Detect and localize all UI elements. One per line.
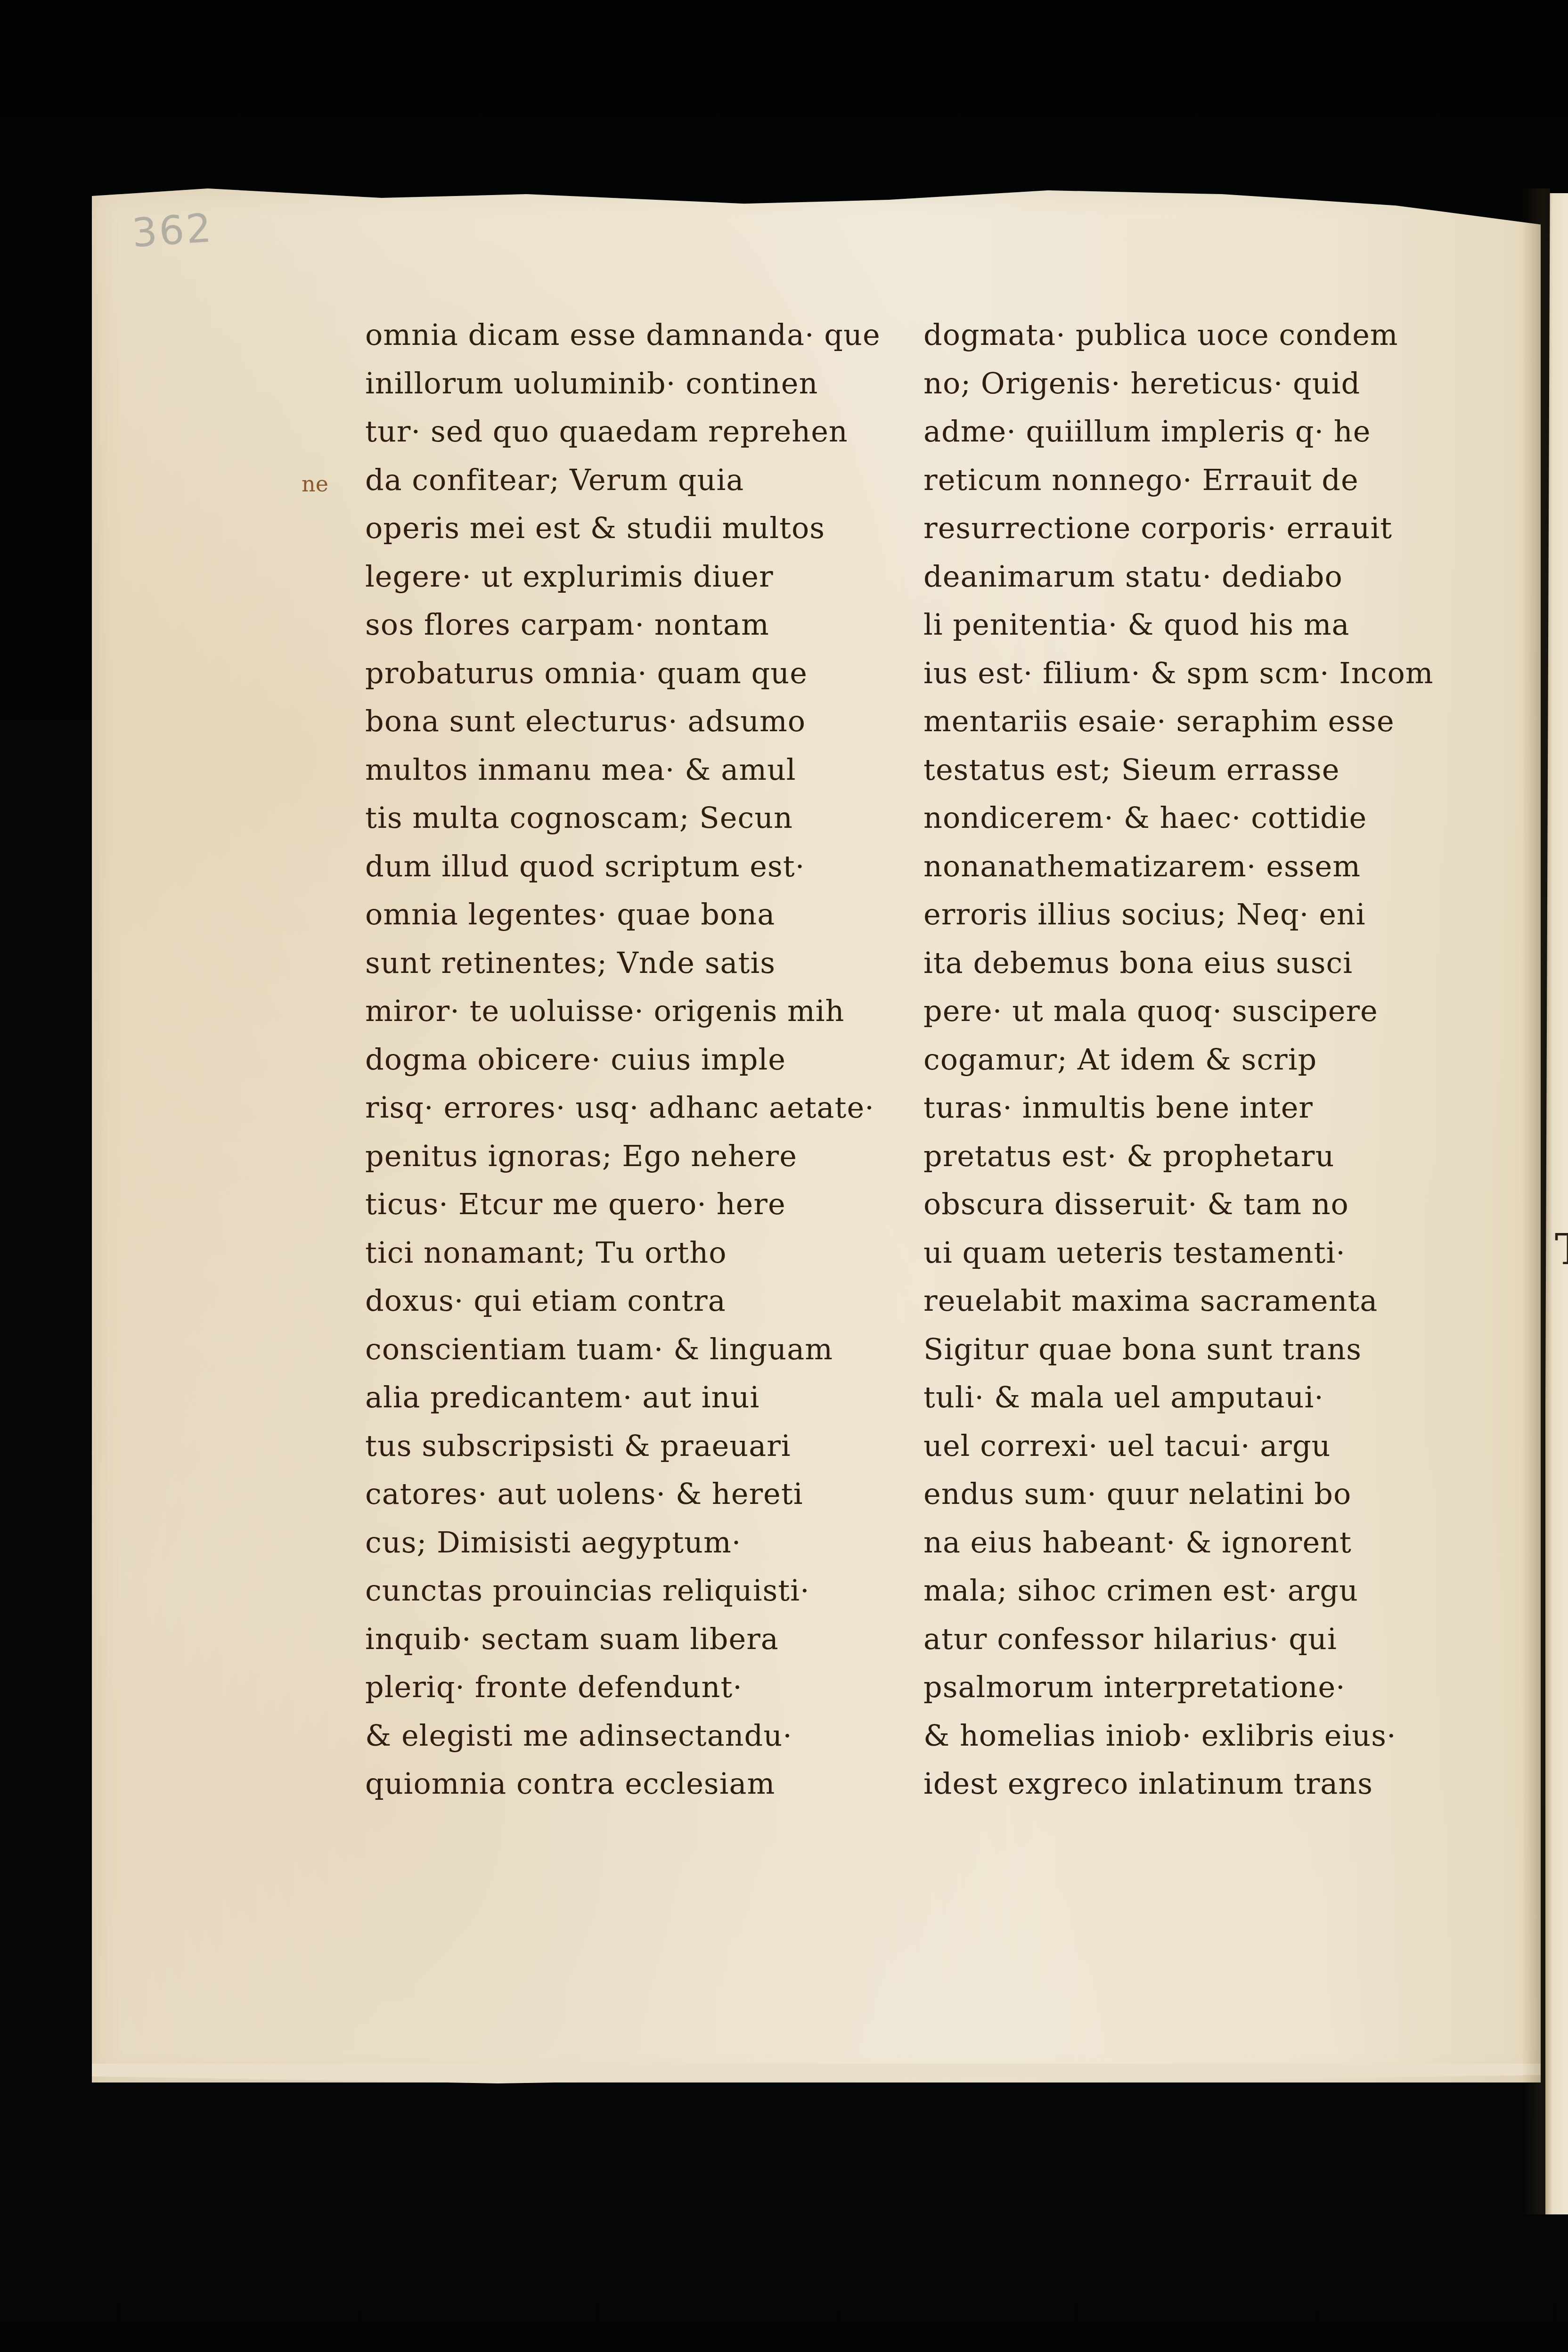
text-line: dum illud quod scriptum est· — [365, 842, 893, 891]
text-line: ita debemus bona eius susci — [923, 939, 1489, 988]
facing-page-letter: T — [1555, 1225, 1568, 1274]
text-line: multos inmanu mea· & amul — [365, 746, 893, 794]
text-line: erroris illius socius; Neq· eni — [923, 890, 1489, 939]
text-line: ui quam ueteris testamenti· — [923, 1229, 1489, 1277]
marginal-note: ne — [302, 471, 328, 497]
text-line: Sigitur quae bona sunt trans — [923, 1325, 1489, 1374]
text-line: alia predicantem· aut inui — [365, 1373, 893, 1422]
text-line: na eius habeant· & ignorent — [923, 1519, 1489, 1567]
text-line: inillorum uoluminib· continen — [365, 359, 893, 408]
text-line: turas· inmultis bene inter — [923, 1084, 1489, 1132]
text-line: penitus ignoras; Ego nehere — [365, 1132, 893, 1181]
text-line: ius est· filium· & spm scm· Incom — [923, 649, 1489, 698]
text-line: nondicerem· & haec· cottidie — [923, 794, 1489, 842]
text-line: mala; sihoc crimen est· argu — [923, 1567, 1489, 1615]
text-line: catores· aut uolens· & hereti — [365, 1470, 893, 1519]
text-line: inquib· sectam suam libera — [365, 1615, 893, 1664]
text-line: tur· sed quo quaedam reprehen — [365, 408, 893, 456]
text-line: li penitentia· & quod his ma — [923, 601, 1489, 649]
text-line: pretatus est· & prophetaru — [923, 1132, 1489, 1181]
text-line: pere· ut mala quoq· suscipere — [923, 987, 1489, 1036]
text-line: & elegisti me adinsectandu· — [365, 1712, 893, 1760]
text-line: pleriq· fronte defendunt· — [365, 1663, 893, 1712]
text-line: endus sum· quur nelatini bo — [923, 1470, 1489, 1519]
text-line: uel correxi· uel tacui· argu — [923, 1422, 1489, 1470]
pencil-folio-number: 362 — [131, 204, 215, 256]
text-line: psalmorum interpretatione· — [923, 1663, 1489, 1712]
text-line: deanimarum statu· dediabo — [923, 553, 1489, 601]
text-line: tis multa cognoscam; Secun — [365, 794, 893, 842]
text-line: conscientiam tuam· & linguam — [365, 1325, 893, 1374]
text-line: quiomnia contra ecclesiam — [365, 1760, 893, 1808]
text-line: dogmata· publica uoce condem — [923, 311, 1489, 359]
text-line: mentariis esaie· seraphim esse — [923, 697, 1489, 746]
text-line: adme· quiillum impleris q· he — [923, 408, 1489, 456]
text-line: obscura disseruit· & tam no — [923, 1180, 1489, 1229]
text-line: miror· te uoluisse· origenis mih — [365, 987, 893, 1036]
text-line: atur confessor hilarius· qui — [923, 1615, 1489, 1664]
text-line: bona sunt electurus· adsumo — [365, 697, 893, 746]
text-line: cunctas prouincias reliquisti· — [365, 1567, 893, 1615]
text-line: sunt retinentes; Vnde satis — [365, 939, 893, 988]
text-line: nonanathematizarem· essem — [923, 842, 1489, 891]
text-column-right: dogmata· publica uoce condem no; Origeni… — [923, 311, 1489, 1808]
text-line: no; Origenis· hereticus· quid — [923, 359, 1489, 408]
text-line: operis mei est & studii multos — [365, 504, 893, 553]
text-line: da confitear; Verum quia — [365, 456, 893, 505]
text-line: cus; Dimisisti aegyptum· — [365, 1519, 893, 1567]
text-line: omnia legentes· quae bona — [365, 890, 893, 939]
text-line: tuli· & mala uel amputaui· — [923, 1373, 1489, 1422]
text-line: legere· ut explurimis diuer — [365, 553, 893, 601]
text-line: testatus est; Sieum errasse — [923, 746, 1489, 794]
text-line: dogma obicere· cuius imple — [365, 1036, 893, 1084]
text-line: risq· errores· usq· adhanc aetate· — [365, 1084, 893, 1132]
text-line: sos flores carpam· nontam — [365, 601, 893, 649]
text-line: omnia dicam esse damnanda· que — [365, 311, 893, 359]
text-line: resurrectione corporis· errauit — [923, 504, 1489, 553]
text-line: reticum nonnego· Errauit de — [923, 456, 1489, 505]
text-line: cogamur; At idem & scrip — [923, 1036, 1489, 1084]
text-line: reuelabit maxima sacramenta — [923, 1277, 1489, 1325]
text-line: idest exgreco inlatinum trans — [923, 1760, 1489, 1808]
text-line: & homelias iniob· exlibris eius· — [923, 1712, 1489, 1760]
text-line: tici nonamant; Tu ortho — [365, 1229, 893, 1277]
text-column-left: omnia dicam esse damnanda· que inillorum… — [365, 311, 893, 1808]
text-line: doxus· qui etiam contra — [365, 1277, 893, 1325]
text-line: ticus· Etcur me quero· here — [365, 1180, 893, 1229]
text-line: tus subscripsisti & praeuari — [365, 1422, 893, 1470]
text-line: probaturus omnia· quam que — [365, 649, 893, 698]
